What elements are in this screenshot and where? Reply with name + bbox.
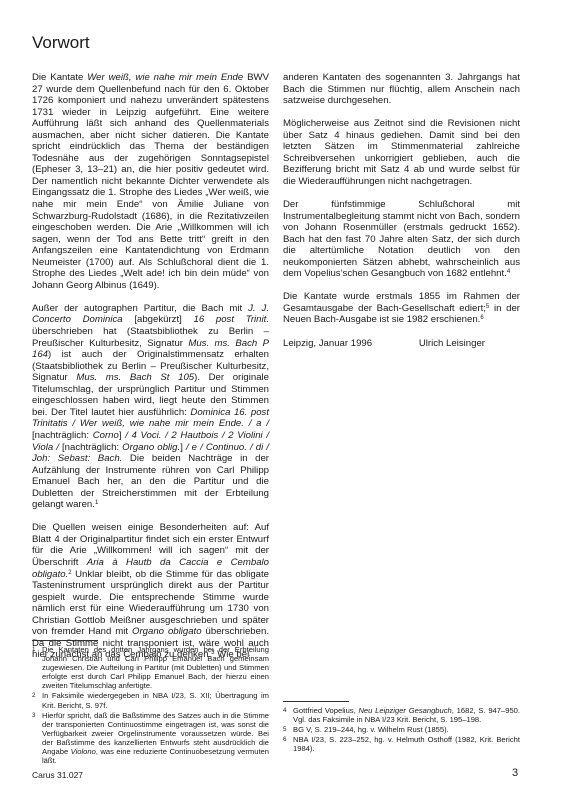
right-column: anderen Kantaten des sogenannten 3. Jahr… [283,72,520,361]
italic-text: Wer weiß, wie nahe mir mein Ende [87,72,243,83]
paragraph: Möglicherweise aus Zeitnot sind die Revi… [283,118,520,187]
footnote: 6 NBA I/23, S. 223–252, hg. v. Helmuth O… [283,735,520,753]
left-column: Die Kantate Wer weiß, wie nahe mir mein … [32,72,269,661]
text-run: Gottfried Vopelius, [293,706,358,715]
footnote-number: 4 [283,706,293,724]
text-run: Möglicherweise aus Zeitnot sind die Revi… [283,118,520,187]
page-title: Vorwort [32,33,90,53]
footnote-rule-right [283,701,349,702]
footnote-text: Hierfür spricht, daß die Baßstimme des S… [42,711,269,766]
italic-text: Corno [93,430,119,441]
footnote: 1 Die Kantaten des dritten Jahrgans wurd… [32,645,269,690]
footnotes-right: 4 Gottfried Vopelius, Neu Leipziger Gesa… [283,706,520,754]
footnote-text: NBA I/23, S. 223–252, hg. v. Helmuth Ost… [293,735,520,753]
signature-place-date: Leipzig, Januar 1996 [283,338,372,350]
text-run: Der fünfstimmige Schlußchoral mit Instru… [283,199,520,279]
footnote-number: 5 [283,725,293,734]
text-run: BWV 27 wurde dem Quellenbefund nach für … [32,72,269,291]
paragraph: Die Kantate wurde erstmals 1855 im Rahme… [283,291,520,326]
text-run: Die Kantaten des dritten Jahrgans wurden… [42,645,269,690]
footnote-number: 2 [32,691,42,709]
text-run: BG V, S. 219–244, hg. v. Wilhelm Rust (1… [293,725,449,734]
paragraph: Der fünfstimmige Schlußchoral mit Instru… [283,199,520,280]
footnote-text: Gottfried Vopelius, Neu Leipziger Gesang… [293,706,520,724]
footnote-ref: 6 [480,315,483,321]
footnotes-left: 1 Die Kantaten des dritten Jahrgans wurd… [32,645,269,766]
footnote-rule-left [32,640,98,641]
catalog-number: Carus 31.027 [32,770,83,780]
footnote-text: In Faksimile wiedergegeben in NBA I/23, … [42,691,269,709]
text-run: In Faksimile wiedergegeben in NBA I/23, … [42,691,269,709]
text-run: [nachträglich: [59,442,122,453]
italic-text: Mus. ms. Bach St 105 [76,372,194,383]
text-run: Die Kantate [32,72,87,83]
text-run: NBA I/23, S. 223–252, hg. v. Helmuth Ost… [293,735,520,753]
footnote: 2 In Faksimile wiedergegeben in NBA I/23… [32,691,269,709]
footnote: 5 BG V, S. 219–244, hg. v. Wilhelm Rust … [283,725,520,734]
paragraph: Die Kantate Wer weiß, wie nahe mir mein … [32,72,269,291]
signature-author: Ulrich Leisinger [419,338,485,350]
italic-text: Neu Leipziger Gesangbuch [358,706,451,715]
paragraph: Außer der autographen Partitur, die Bach… [32,303,269,511]
text-run: [nachträglich: [32,430,93,441]
footnote: 3 Hierfür spricht, daß die Baßstimme des… [32,711,269,766]
footnote-text: Die Kantaten des dritten Jahrgans wurden… [42,645,269,690]
text-run: Außer der autographen Partitur, die Bach… [32,303,248,314]
paragraph: anderen Kantaten des sogenannten 3. Jahr… [283,72,520,107]
footnote-number: 1 [32,645,42,690]
italic-text: 16 post Trinit. [194,314,269,325]
footnote: 4 Gottfried Vopelius, Neu Leipziger Gesa… [283,706,520,724]
page-number: 3 [512,767,518,779]
footnote-ref: 4 [507,269,510,275]
text-run: Die Kantate wurde erstmals 1855 im Rahme… [283,291,520,314]
italic-text: Organo obligato [132,626,202,637]
signature: Leipzig, Januar 1996 Ulrich Leisinger [283,338,520,350]
text-run: anderen Kantaten des sogenannten 3. Jahr… [283,72,520,106]
italic-text: Violono [71,747,96,756]
footnote-number: 6 [283,735,293,753]
footnote-number: 3 [32,711,42,766]
text-run: [abgekürzt] [123,314,194,325]
footnote-ref: 1 [95,500,98,506]
footnote-text: BG V, S. 219–244, hg. v. Wilhelm Rust (1… [293,725,520,734]
italic-text: Organo oblig. [122,442,180,453]
